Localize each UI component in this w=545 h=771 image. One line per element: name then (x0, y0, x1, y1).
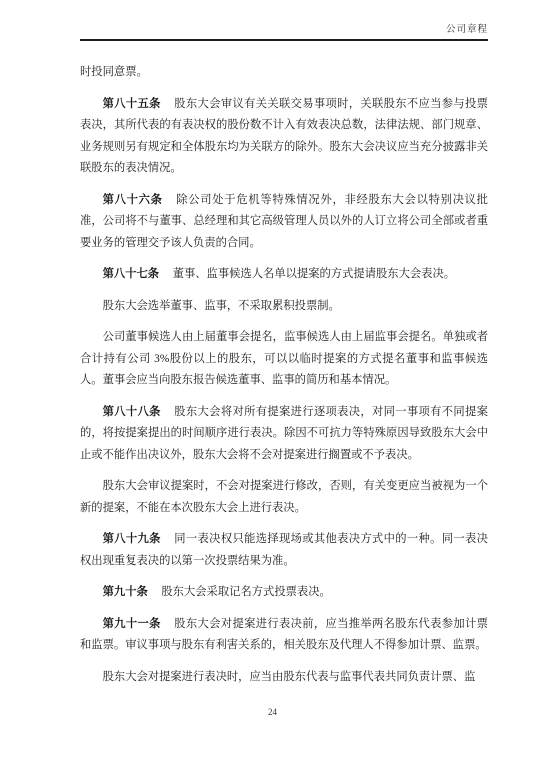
page-number: 24 (0, 707, 545, 717)
paragraph: 股东大会对提案进行表决时，应当由股东代表与监事代表共同负责计票、监 (80, 667, 488, 689)
article-paragraph: 第八十六条除公司处于危机等特殊情况外，非经股东大会以特别决议批准，公司将不与董事… (80, 190, 488, 255)
document-page: 公司章程 时投同意票。第八十五条股东大会审议有关关联交易事项时，关联股东不应当参… (0, 0, 545, 771)
paragraph: 股东大会审议提案时，不会对提案进行修改，否则，有关变更应当被视为一个新的提案，不… (80, 476, 488, 519)
paragraph: 股东大会选举董事、监事，不采取累积投票制。 (80, 296, 488, 318)
header-title: 公司章程 (80, 24, 488, 37)
article-paragraph: 第九十一条股东大会对提案进行表决前，应当推举两名股东代表参加计票和监票。审议事项… (80, 614, 488, 657)
article-number: 第八十七条 (103, 268, 160, 280)
article-paragraph: 第八十七条董事、监事候选人名单以提案的方式提请股东大会表决。 (80, 264, 488, 286)
article-paragraph: 第八十五条股东大会审议有关关联交易事项时，关联股东不应当参与投票表决，其所代表的… (80, 94, 488, 180)
article-number: 第九十一条 (103, 618, 161, 630)
article-number: 第八十五条 (103, 98, 161, 110)
article-number: 第八十六条 (103, 194, 163, 206)
article-paragraph: 第八十九条同一表决权只能选择现场或其他表决方式中的一种。同一表决权出现重复表决的… (80, 529, 488, 572)
paragraph: 公司董事候选人由上届董事会提名，监事候选人由上届监事会提名。单独或者合计持有公司… (80, 327, 488, 392)
article-paragraph: 第九十条股东大会采取记名方式投票表决。 (80, 582, 488, 604)
document-body: 时投同意票。第八十五条股东大会审议有关关联交易事项时，关联股东不应当参与投票表决… (80, 62, 488, 698)
article-paragraph: 第八十八条股东大会将对所有提案进行逐项表决，对同一事项有不同提案的，将按提案提出… (80, 402, 488, 467)
article-number: 第九十条 (103, 586, 148, 598)
paragraph: 时投同意票。 (80, 62, 488, 84)
header-rule (80, 39, 488, 41)
article-number: 第八十九条 (103, 533, 161, 545)
article-number: 第八十八条 (103, 406, 161, 418)
page-header: 公司章程 (80, 24, 488, 41)
